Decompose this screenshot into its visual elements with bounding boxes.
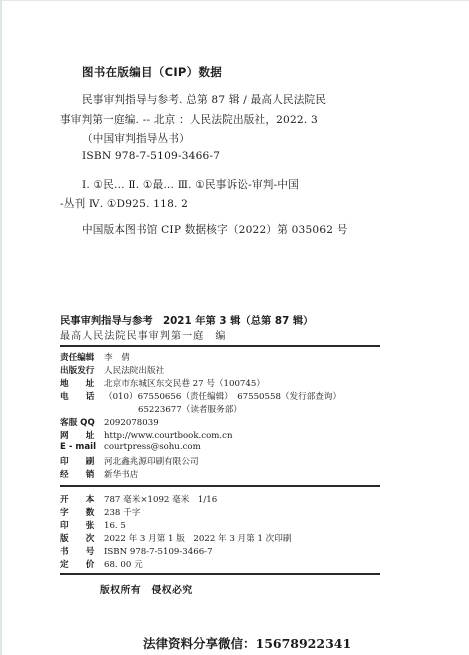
- cip-record-number: 中国版本图书馆 CIP 数据核字（2022）第 035062 号: [82, 222, 348, 237]
- info-value: 河北鑫兆源印刷有限公司: [104, 457, 199, 467]
- spec-label: 开 本: [60, 493, 104, 505]
- info-value: 2092078039: [104, 418, 159, 428]
- book-title: 民事审判指导与参考 2021 年第 3 辑（总第 87 辑）: [60, 312, 313, 327]
- spec-row-format: 开 本787 毫米×1092 毫米 1/16: [60, 493, 217, 505]
- cip-isbn: ISBN 978-7-5109-3466-7: [82, 150, 220, 162]
- info-value: 北京市东城区东交民巷 27 号（100745）: [104, 379, 265, 389]
- info-label: E - mail: [60, 442, 104, 452]
- copyright-notice: 版权所有 侵权必究: [100, 582, 193, 596]
- spec-value: 238 千字: [104, 508, 140, 518]
- info-label: 客服 QQ: [60, 416, 104, 428]
- book-editor: 最高人民法院民事审判第一庭 编: [60, 327, 227, 342]
- info-row-distributor: 经 销新华书店: [60, 468, 138, 480]
- spec-row-isbn: 书 号ISBN 978-7-5109-3466-7: [60, 545, 213, 557]
- info-row-address: 地 址北京市东城区东交民巷 27 号（100745）: [60, 377, 265, 389]
- scan-edge-top: [0, 0, 469, 1]
- info-value: 65223677（读者服务部）: [138, 405, 242, 415]
- info-row-phone-2: 65223677（读者服务部）: [60, 403, 242, 415]
- spec-row-price: 定 价68. 00 元: [60, 558, 143, 570]
- scan-edge-left: [0, 0, 2, 655]
- cip-heading: 图书在版编目（CIP）数据: [82, 64, 222, 80]
- info-row-website: 网 址http://www.courtbook.com.cn: [60, 429, 233, 441]
- info-row-phone: 电 话（010）67550656（责任编辑） 67550558（发行部查询）: [60, 390, 341, 402]
- info-value: （010）67550656（责任编辑） 67550558（发行部查询）: [104, 392, 341, 402]
- cip-classification-2: -丛刊 Ⅳ. ①D925. 118. 2: [60, 196, 188, 211]
- spec-row-word-count: 字 数238 千字: [60, 506, 140, 518]
- cip-series: （中国审判指导丛书）: [82, 131, 190, 146]
- info-row-qq: 客服 QQ2092078039: [60, 416, 159, 428]
- spec-label: 印 张: [60, 519, 104, 531]
- info-label: 经 销: [60, 468, 104, 480]
- info-row-printer: 印 刷河北鑫兆源印刷有限公司: [60, 455, 199, 467]
- info-label: 地 址: [60, 377, 104, 389]
- info-label: 网 址: [60, 429, 104, 441]
- email-link: courtpress@sohu.com: [104, 442, 201, 452]
- info-row-email: E - mailcourtpress@sohu.com: [60, 442, 201, 452]
- watermark-text: 法律资料分享微信：15678922341: [143, 634, 351, 652]
- divider-bottom: [60, 573, 380, 575]
- spec-value: 68. 00 元: [104, 560, 143, 570]
- spec-label: 字 数: [60, 506, 104, 518]
- info-label: 印 刷: [60, 455, 104, 467]
- spec-value: 787 毫米×1092 毫米 1/16: [104, 495, 217, 505]
- website-link: http://www.courtbook.com.cn: [104, 431, 233, 441]
- info-row-publisher: 出版发行人民法院出版社: [60, 364, 164, 376]
- cip-classification-1: Ⅰ. ①民… Ⅱ. ①最… Ⅲ. ①民事诉讼-审判-中国: [82, 177, 299, 192]
- spec-value: 16. 5: [104, 521, 126, 531]
- spec-label: 定 价: [60, 558, 104, 570]
- spec-label: 书 号: [60, 545, 104, 557]
- info-value: 李 倩: [104, 353, 130, 363]
- info-label: 责任编辑: [60, 351, 104, 363]
- divider-middle: [60, 485, 380, 487]
- info-value: 人民法院出版社: [104, 366, 164, 376]
- spec-label: 版 次: [60, 532, 104, 544]
- cip-line-1: 民事审判指导与参考. 总第 87 辑 / 最高人民法院民: [82, 92, 326, 107]
- spec-value: ISBN 978-7-5109-3466-7: [104, 547, 213, 557]
- info-row-editor: 责任编辑李 倩: [60, 351, 130, 363]
- info-label: 出版发行: [60, 364, 104, 376]
- spec-value: 2022 年 3 月第 1 版 2022 年 3 月第 1 次印刷: [104, 534, 291, 544]
- cip-line-2: 事审判第一庭编. -- 北京 ：人民法院出版社，2022. 3: [60, 112, 318, 127]
- spec-row-sheets: 印 张16. 5: [60, 519, 126, 531]
- spec-row-edition: 版 次2022 年 3 月第 1 版 2022 年 3 月第 1 次印刷: [60, 532, 291, 544]
- info-value: 新华书店: [104, 470, 138, 480]
- info-label: 电 话: [60, 390, 104, 402]
- divider-top: [60, 345, 380, 347]
